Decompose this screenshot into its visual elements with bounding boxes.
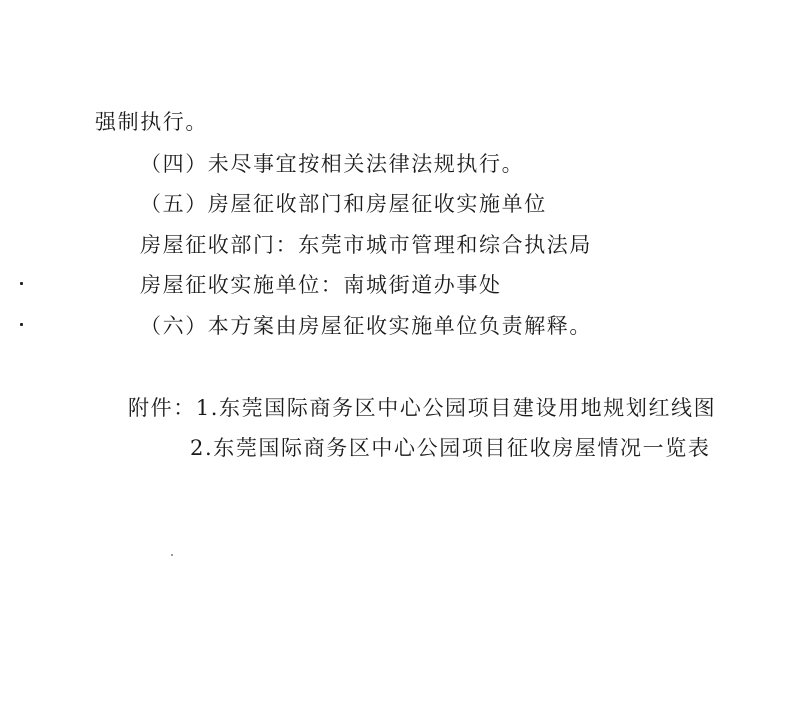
clause-5-heading: （五）房屋征收部门和房屋征收实施单位 [140,190,547,218]
scan-speck [171,554,173,556]
scan-mark [20,282,23,285]
expropriation-department: 房屋征收部门：东莞市城市管理和综合执法局 [140,231,592,259]
scan-mark [20,323,23,326]
paragraph-continuation: 强制执行。 [95,108,208,136]
attachment-1: 附件：1.东莞国际商务区中心公园项目建设用地规划红线图 [128,394,716,422]
clause-4: （四）未尽事宜按相关法律法规执行。 [140,150,524,178]
attachments-label: 附件： [128,396,196,420]
attachment-2: 2.东莞国际商务区中心公园项目征收房屋情况一览表 [190,434,710,462]
clause-6: （六）本方案由房屋征收实施单位负责解释。 [140,312,592,340]
attachment-item-1: 1.东莞国际商务区中心公园项目建设用地规划红线图 [196,396,716,420]
implementing-unit: 房屋征收实施单位：南城街道办事处 [140,271,502,299]
